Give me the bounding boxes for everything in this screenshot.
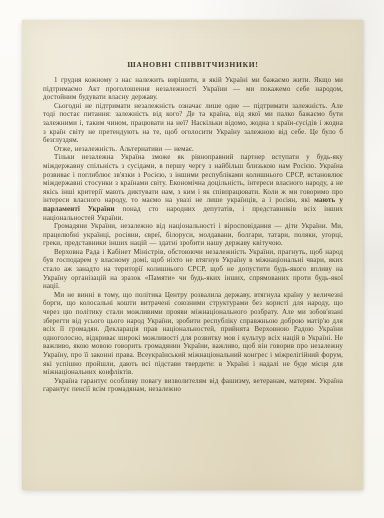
paragraph-1: 1 грудня кожному з нас належить вирішити… xyxy=(43,76,343,102)
document-page: ШАНОВНІ СПІВВІТЧИЗНИКИ! 1 грудня кожному… xyxy=(22,20,363,490)
paragraph-4: Тільки незалежна Україна зможе як рівноп… xyxy=(43,153,343,222)
document-title: ШАНОВНІ СПІВВІТЧИЗНИКИ! xyxy=(43,60,343,69)
scan-background: ШАНОВНІ СПІВВІТЧИЗНИКИ! 1 грудня кожному… xyxy=(0,0,384,518)
paragraph-4-text-start: Тільки незалежна Україна зможе як рівноп… xyxy=(43,153,343,204)
paragraph-6: Верховна Рада і Кабінет Міністрів, обсто… xyxy=(43,248,343,291)
document-body: 1 грудня кожному з нас належить вирішити… xyxy=(43,76,343,394)
paragraph-8: Україна гарантує особливу повагу визволи… xyxy=(43,377,343,394)
paragraph-2: Сьогодні не підтримати незалежність озна… xyxy=(43,102,343,145)
paragraph-3: Отже, незалежність. Альтернативи — немає… xyxy=(43,145,343,154)
paragraph-7: Ми не винні в тому, що політика Центру р… xyxy=(43,291,343,377)
paragraph-5: Громадяни України, незалежно від націона… xyxy=(43,222,343,248)
